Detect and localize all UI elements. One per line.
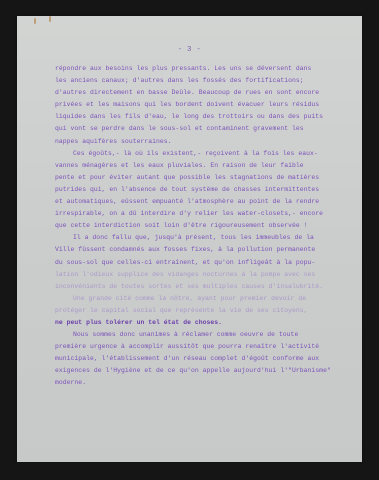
paper-stain <box>34 18 36 24</box>
text-line: liquides dans les fils d'eau, le long de… <box>55 111 355 123</box>
text-line: les anciens canaux; d'autres dans les fo… <box>55 75 355 87</box>
text-line: municipale, l'établissement d'un réseau … <box>55 353 355 365</box>
text-line: ne peut plus tolérer un tel état de chos… <box>55 317 355 329</box>
typewritten-page: - 3 - répondre aux besoins les plus pres… <box>17 16 362 462</box>
text-line: privées et les maisons qui les bordent d… <box>55 99 355 111</box>
text-line: et automatiques, eûssent empuanté l'atmo… <box>55 196 355 208</box>
text-line: du sous-sol que celles-ci entraînent, et… <box>55 257 355 269</box>
text-line: moderne. <box>55 377 355 389</box>
faded-paragraph-start-line: Une grande cité comme la nôtre, ayant po… <box>55 293 355 305</box>
faded-text-line: protéger le capital social que représent… <box>55 305 355 317</box>
page-number: - 3 - <box>17 46 362 54</box>
text-line: putrides qui, en l'absence de tout systè… <box>55 184 355 196</box>
text-line: que cette interdiction soit loin d'être … <box>55 220 355 232</box>
text-line: exigences de l'Hygiène et de ce qu'on ap… <box>55 365 355 377</box>
text-line: répondre aux besoins les plus pressants.… <box>55 63 355 75</box>
text-line: Ville fûssent condamnés aux fosses fixes… <box>55 244 355 256</box>
text-line: vannes ménagères et les eaux pluviales. … <box>55 160 355 172</box>
text-line: nappes aquifères souterraines. <box>55 136 355 148</box>
text-line: qui vont se perdre dans le sous-sol et c… <box>55 123 355 135</box>
text-line: irrespirable, on a dû interdire d'y reli… <box>55 208 355 220</box>
text-line: première urgence à accomplir aussitôt qu… <box>55 341 355 353</box>
faded-text-line: lation l'odieux supplice des vidanges no… <box>55 269 355 281</box>
paragraph-start-line: Il a donc fallu que, jusqu'à présent, to… <box>55 232 355 244</box>
body-text: répondre aux besoins les plus pressants.… <box>55 63 355 390</box>
text-line: pente et pour éviter autant que possible… <box>55 172 355 184</box>
scanned-document: - 3 - répondre aux besoins les plus pres… <box>0 0 379 480</box>
faded-text-line: inconvénients de toutes sortes et ses mu… <box>55 281 355 293</box>
paragraph-start-line: Nous sommes donc unanimes à réclamer com… <box>55 329 355 341</box>
paragraph-start-line: Ces égoûts,- là où ils existent,- reçoiv… <box>55 148 355 160</box>
paper-stain <box>49 16 51 22</box>
text-line: d'autres directement en basse Deûle. Bea… <box>55 87 355 99</box>
